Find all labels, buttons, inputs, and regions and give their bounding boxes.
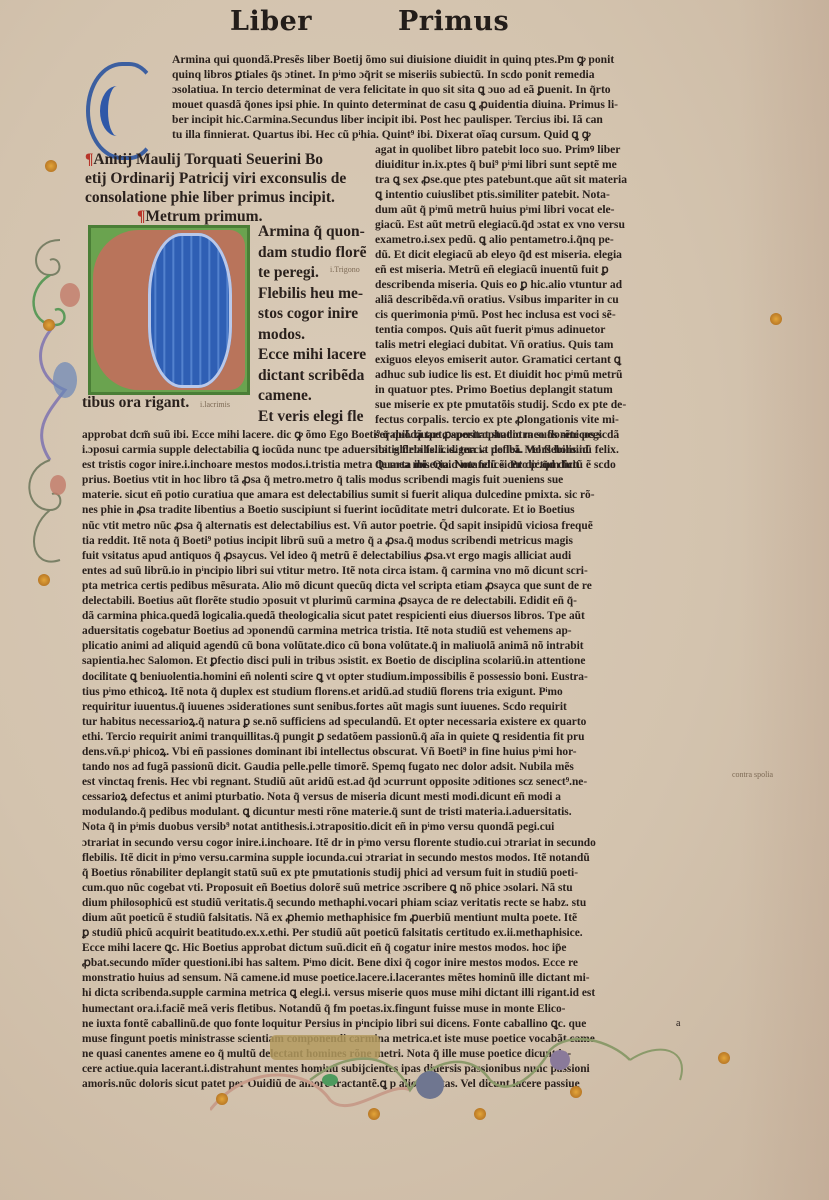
commentary-line: agat in quolibet libro patebit loco suo.… — [375, 142, 715, 157]
commentary-line: q̃ Boetius rõnabiliter deplangit statũ s… — [82, 866, 714, 881]
commentary-line: est vinctaq frenis. Hec vbi regnant. Stu… — [82, 775, 714, 790]
commentary-line: tando nos ad fugã passionũ dicit. Gaudia… — [82, 760, 714, 775]
commentary-line: tur habitus necessarioꝝ.q̃ natura ꝑ se.n… — [82, 715, 714, 730]
margin-gloss: i.Trigono — [330, 265, 360, 274]
commentary-line: Ecce mihi lacere ꝗc. Hic Boetius approba… — [82, 941, 714, 956]
margin-gloss: contra spolia — [732, 770, 773, 779]
commentary-line: in quatuor ptes. Primo Boetius deplangit… — [375, 382, 715, 397]
commentary-line: dũ. Et dicit elegiacũ ab eleyo q̃d est m… — [375, 247, 715, 262]
page-edge-shading — [739, 0, 829, 1200]
initial-letter-body — [148, 233, 232, 388]
commentary-line: requiritur iuuentus.q̃ iuuenes ɔsiderati… — [82, 700, 714, 715]
commentary-line: ber incipit hic.Carmina.Secundus liber i… — [172, 112, 714, 127]
commentary-line: nũc vtit metro nũc ꝓsa q̃ alternatis est… — [82, 519, 714, 534]
commentary-line: aliã describẽda.vñ oratius. Vsibus impar… — [375, 292, 715, 307]
commentary-line: talis metri elegiaci dubitat. Vñ oratius… — [375, 337, 715, 352]
commentary-line: fuit vsitatus apud antiquos q̃ ꝓsaycus. … — [82, 549, 714, 564]
commentary-line: ɔtrariat in secundo versu cogor inire.i.… — [82, 836, 714, 851]
gold-dot-icon — [474, 1108, 486, 1120]
commentary-line: pta metrica certis pedibus mẽsurata. Ali… — [82, 579, 714, 594]
commentary-line: materie. sicut eñ potio curatiua que ama… — [82, 488, 714, 503]
verse-line: dictant scribẽda — [258, 366, 378, 387]
main-commentary: approbat dcm̃ suũ ibi. Ecce mihi lacere.… — [82, 428, 714, 1092]
gold-dot-icon — [43, 319, 55, 331]
verse-line: dam studio florẽ — [258, 243, 378, 264]
commentary-line: ethi. Tercio requirit animi tranquillita… — [82, 730, 714, 745]
illuminated-initial-c — [88, 225, 250, 395]
gold-dot-icon — [38, 574, 50, 586]
commentary-line: tius pͥmo ethicoꝝ. Itẽ nota q̃ duplex es… — [82, 685, 714, 700]
verse-line: Ecce mihi lacere — [258, 345, 378, 366]
commentary-line: prius. Boetius vtit in hoc libro tã ꝓsa … — [82, 473, 714, 488]
commentary-line: tia reddit. Itẽ nota q̃ Boeti⁹ potius in… — [82, 534, 714, 549]
commentary-line: dens.vñ.pͥ phicoꝝ. Vbi eñ passiones domi… — [82, 745, 714, 760]
title-line-1: ¶Anitij Maulij Torquati Seuerini Bo — [85, 150, 375, 169]
commentary-line: plicatio animi ad aliquid agendũ cũ bona… — [82, 639, 714, 654]
title-line-3: consolatione phie liber primus incipit. — [85, 188, 375, 207]
commentary-line: tentia compos. Quis aũt fuerit pͥmus adi… — [375, 322, 715, 337]
commentary-line: delectabili. Boetius aũt florẽte studio … — [82, 594, 714, 609]
right-column-commentary: agat in quolibet libro patebit loco suo.… — [375, 142, 715, 472]
opening-commentary: Armina qui quondã.Presẽs liber Boetij õm… — [172, 52, 714, 142]
decorated-initial-c — [86, 62, 158, 160]
commentary-line: humectant ora.i.faciẽ meã veris fletibus… — [82, 1002, 714, 1017]
commentary-line: dã carmina phica.quedã logicalia.quedã t… — [82, 609, 714, 624]
gold-dot-icon — [216, 1093, 228, 1105]
commentary-line: dium aũt poeticũ ẽ studiũ falsitatis. Nã… — [82, 911, 714, 926]
commentary-line: est tristis cogor inire.i.inchoare mesto… — [82, 458, 714, 473]
commentary-line: aduersitatis cogebatur Boetius ad ɔponen… — [82, 624, 714, 639]
commentary-line: Armina qui quondã.Presẽs liber Boetij õm… — [172, 52, 714, 67]
commentary-line: entes ad suũ librũ.io in pͥncipio libri … — [82, 564, 714, 579]
commentary-line: sue miserie ex pte pmutatõis studij. Scd… — [375, 397, 715, 412]
manuscript-page: Liber Primus Armina qui quondã.Presẽs li… — [0, 0, 829, 1200]
signature-mark: a — [676, 1018, 680, 1029]
bottom-vine-ornament-icon — [210, 1030, 710, 1130]
commentary-line: docilitate ꝗ beniuolentia.homini eñ nole… — [82, 670, 714, 685]
verse-line: Armina q̃ quon- — [258, 222, 378, 243]
running-header: Liber Primus — [0, 6, 829, 46]
verse-line: stos cogor inire — [258, 304, 378, 325]
left-vine-border-icon — [10, 230, 90, 590]
gold-dot-icon — [368, 1108, 380, 1120]
commentary-line: cis querimonia pͥmũ. Post hec inclusa es… — [375, 307, 715, 322]
commentary-line: exiguos eleyos emiserit autor. Gramatici… — [375, 352, 715, 367]
header-primus: Primus — [398, 6, 509, 37]
commentary-line: Nota q̃ in pͥmis duobus versib⁹ notat an… — [82, 820, 714, 835]
verse-line: te peregi. — [258, 263, 378, 284]
commentary-line: flebilis. Itẽ dicit in pͥmo versu.carmin… — [82, 851, 714, 866]
commentary-line: dium philosophicũ est studiũ veritatis.q… — [82, 896, 714, 911]
commentary-line: approbat dcm̃ suũ ibi. Ecce mihi lacere.… — [82, 428, 714, 443]
commentary-line: i.ɔposui carmia supple delectabilia ꝗ io… — [82, 443, 714, 458]
commentary-line: eñ est miseria. Metrũ eñ elegiacũ inuent… — [375, 262, 715, 277]
commentary-line: quinq libros ꝑtiales q̃s ɔtinet. In pͥmo… — [172, 67, 714, 82]
meter-heading-text: Metrum primum. — [145, 208, 262, 225]
commentary-line: ꝗ intentio cuiuslibet ptis.similiter pat… — [375, 187, 715, 202]
title-line-2: etij Ordinarij Patricij viri exconsulis … — [85, 169, 375, 188]
commentary-line: exametro.i.sex pedũ. ꝗ alio pentametro.i… — [375, 232, 715, 247]
header-liber: Liber — [230, 6, 312, 37]
gold-dot-icon — [570, 1086, 582, 1098]
commentary-line: giacũ. Est aũt metrũ elegiacũ.q̃d ɔstat … — [375, 217, 715, 232]
commentary-line: cum.quo nũc cogebat vti. Proposuit eñ Bo… — [82, 881, 714, 896]
gold-dot-icon — [718, 1052, 730, 1064]
title-text: Anitij Maulij Torquati Seuerini Bo — [93, 151, 323, 168]
book-title: ¶Anitij Maulij Torquati Seuerini Bo etij… — [85, 150, 375, 226]
verse-tail: tibus ora rigant. — [82, 393, 282, 412]
commentary-line: adhuc sub iudice lis est. Et diuidit hoc… — [375, 367, 715, 382]
verse-line: Flebilis heu me- — [258, 284, 378, 305]
commentary-line: modulando.q̃ pedibus modulant. ꝗ dicuntu… — [82, 805, 714, 820]
gold-dot-icon — [45, 160, 57, 172]
commentary-line: ꝑ studiũ phicũ acquirit beatitudo.ex.x.e… — [82, 926, 714, 941]
initial-c-stroke — [100, 86, 134, 136]
commentary-line: sapientia.hec Salomon. Et ꝑfectio disci … — [82, 654, 714, 669]
commentary-line: hi dicta scribenda.supple carmina metric… — [82, 986, 714, 1001]
verse-line: tibus ora rigant. — [82, 393, 282, 412]
margin-gloss: i.lacrimis — [200, 400, 230, 409]
commentary-line: diuiditur in.ix.ptes q̃ bui⁹ pͥmi libri … — [375, 157, 715, 172]
commentary-line: monstratio huius ad sensum. Nã camene.id… — [82, 971, 714, 986]
commentary-line: describenda miseria. Quis eo ꝑ hic.alio … — [375, 277, 715, 292]
commentary-line: ɔsolatiua. In tercio determinat de vera … — [172, 82, 714, 97]
commentary-line: nes phie in ꝓsa tradite libentius a Boet… — [82, 503, 714, 518]
commentary-line: ꝓbat.secundo mĩder questioni.ibi has sal… — [82, 956, 714, 971]
commentary-line: tra ꝗ sex ꝓse.que ptes patebunt.que aũt … — [375, 172, 715, 187]
gold-dot-icon — [770, 313, 782, 325]
commentary-line: mouet quasdã q̃ones ipsi phie. In quinto… — [172, 97, 714, 112]
commentary-line: dum aũt q̃ pͥmũ metrũ huius pͥmi libri v… — [375, 202, 715, 217]
commentary-line: tu illa finnierat. Quartus ibi. Hec cũ p… — [172, 127, 714, 142]
verse-line: modos. — [258, 325, 378, 346]
commentary-line: fectus corpalis. tercio ex pte ꝓlongatio… — [375, 412, 715, 427]
commentary-line: cessarioꝝ defectus et animi pturbatio. N… — [82, 790, 714, 805]
